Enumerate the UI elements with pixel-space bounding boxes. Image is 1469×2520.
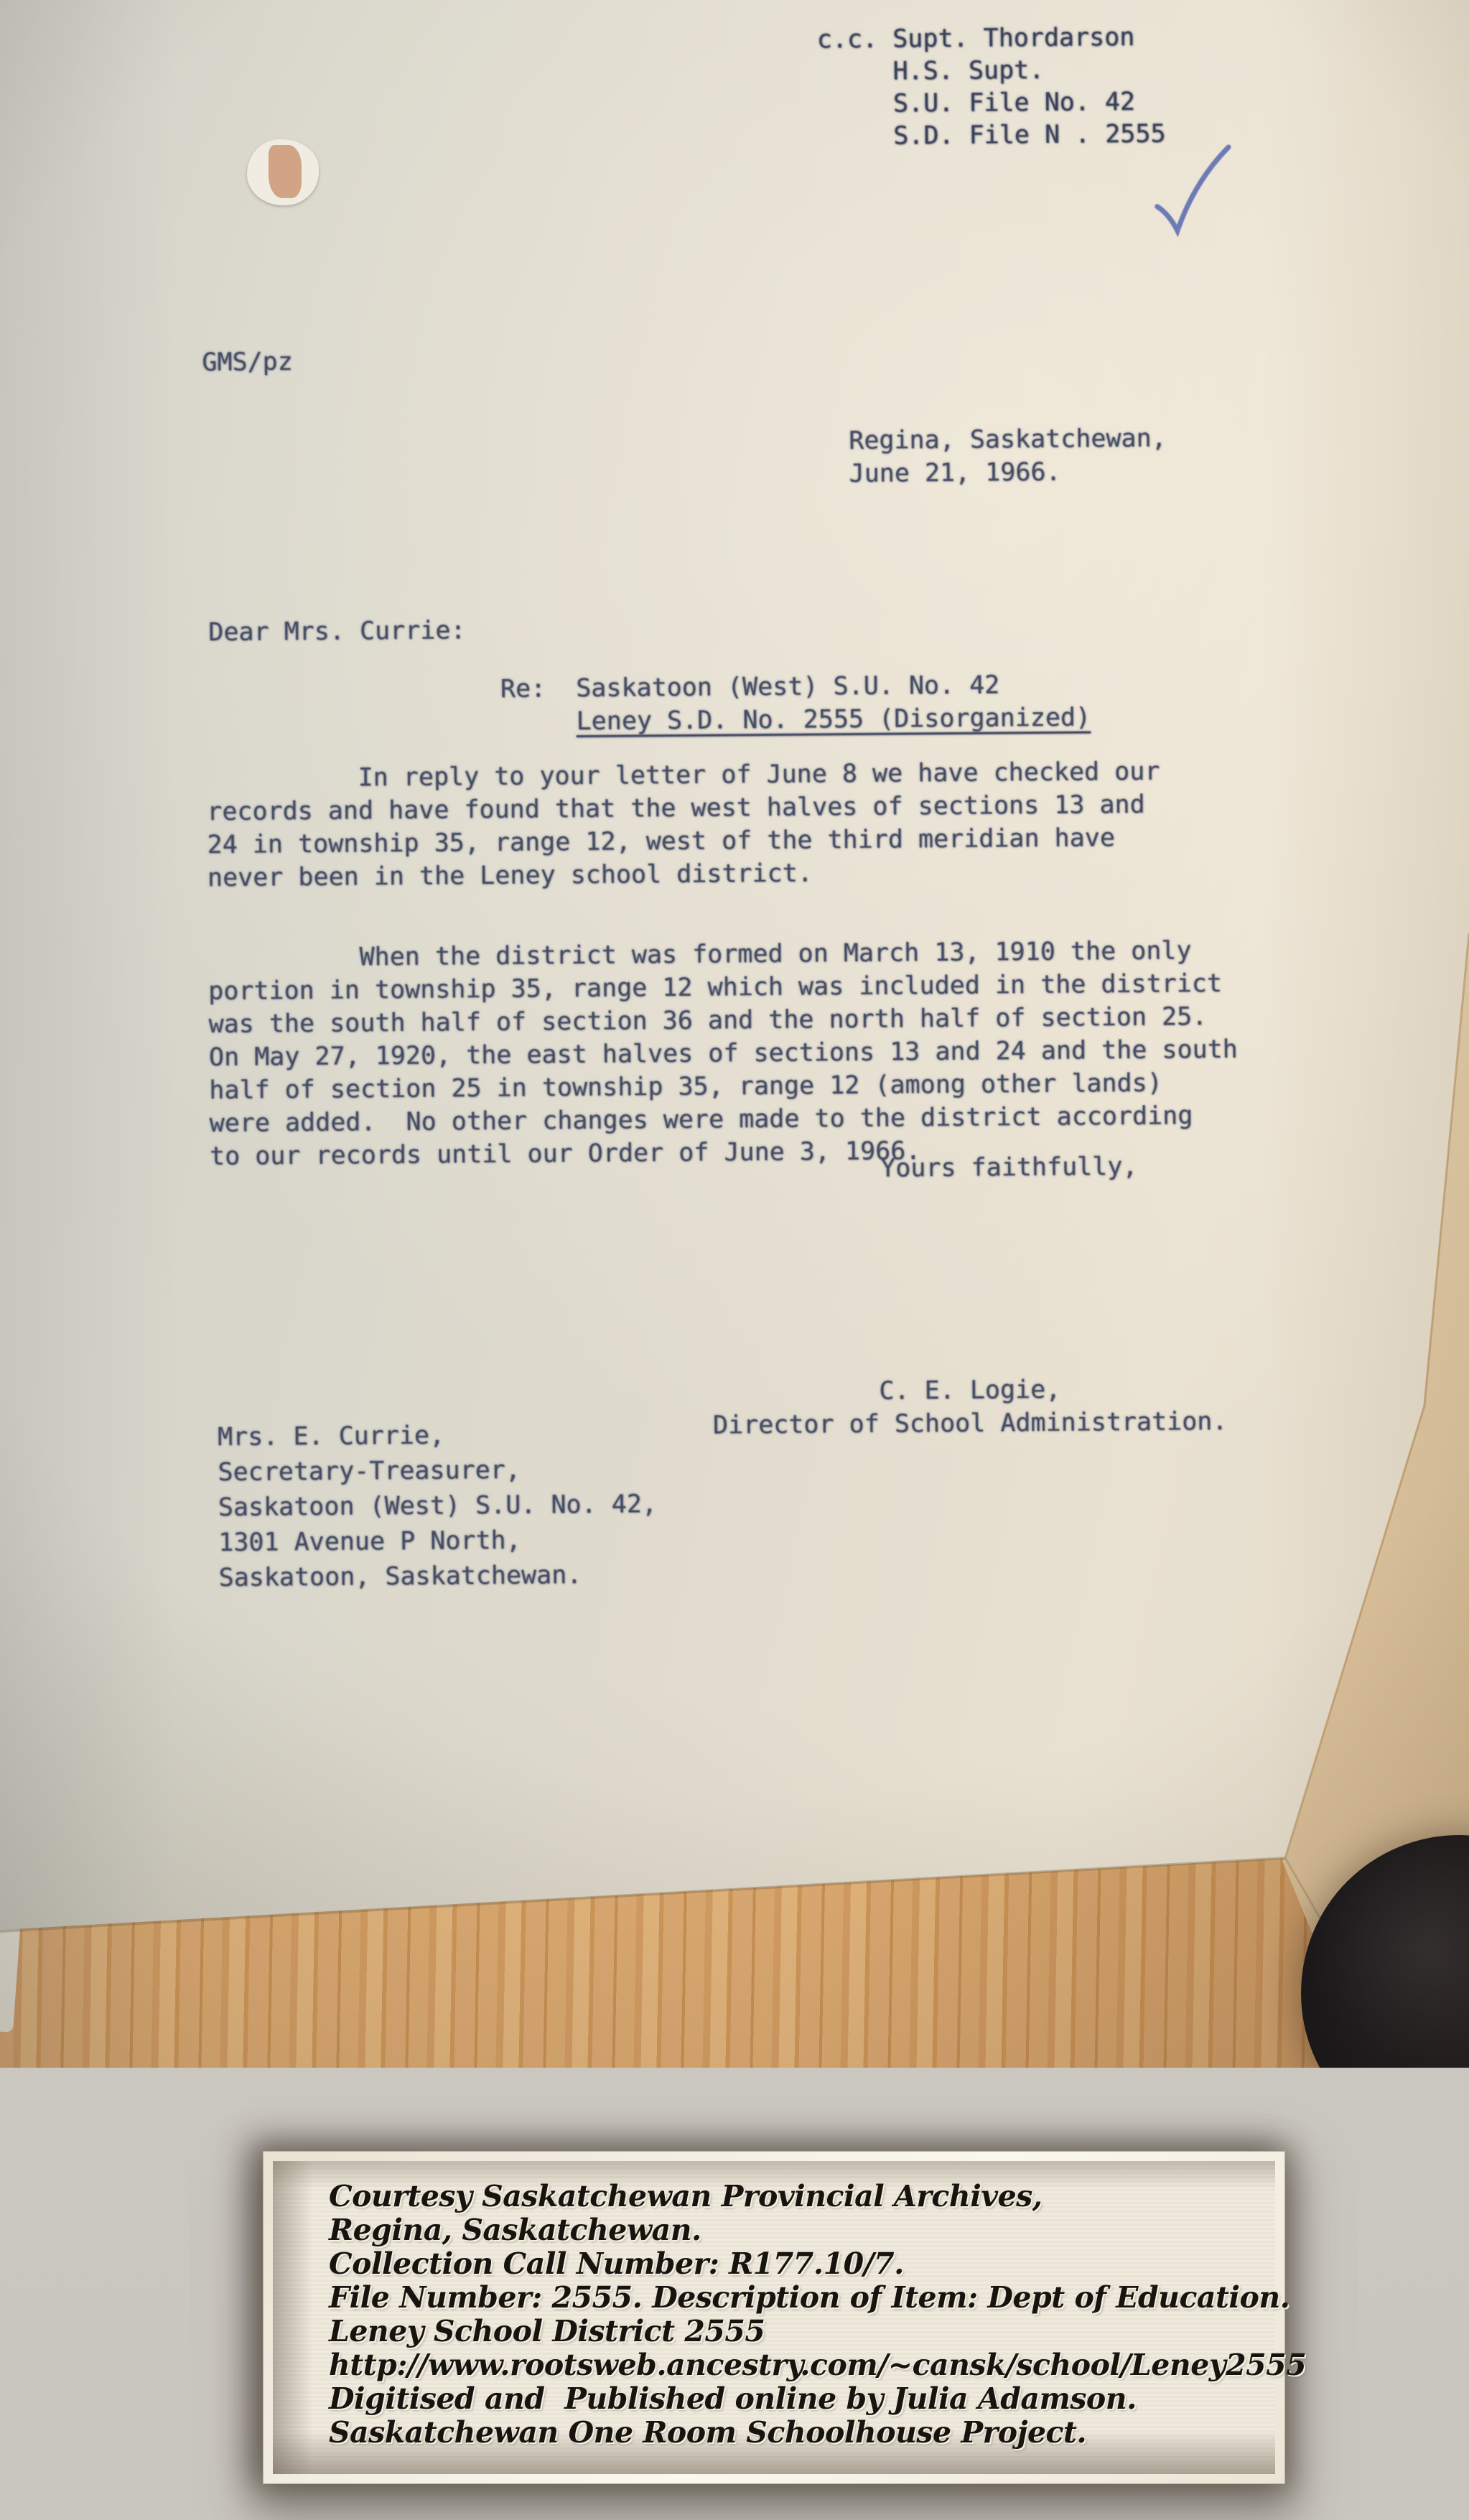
photo-of-letter: c.c. Supt. Thordarson H.S. Supt. S.U. Fi… [0,0,1469,2068]
subject-block: Re: Saskatoon (West) S.U. No. 42 Leney S… [500,668,1091,738]
salutation-text: Dear Mrs. Currie: [208,614,466,649]
subject-underlined-text: Leney S.D. No. 2555 (Disorganized) [576,703,1091,736]
cc-line: S.U. File No. 42 [817,86,1165,121]
cc-line: S.D. File N . 2555 [818,118,1166,154]
credit-url: http://www.rootsweb.ancestry.com/~cansk/… [329,2348,1258,2382]
credit-line: Digitised and Published online by Julia … [329,2382,1258,2416]
cc-line: H.S. Supt. [817,54,1165,89]
dateline-city: Regina, Saskatchewan, [849,422,1167,457]
subject-line-2: Leney S.D. No. 2555 (Disorganized) [500,701,1091,738]
recipient-line: Mrs. E. Currie, [218,1417,656,1455]
cc-block: c.c. Supt. Thordarson H.S. Supt. S.U. Fi… [817,22,1166,154]
credit-line: Collection Call Number: R177.10/7. [329,2247,1258,2281]
cc-line: c.c. Supt. Thordarson [817,22,1165,57]
body-paragraph-2: When the district was formed on March 13… [208,934,1239,1173]
typewritten-text-layer: c.c. Supt. Thordarson H.S. Supt. S.U. Fi… [0,0,1469,2068]
typist-initials-text: GMS/pz [202,345,293,379]
recipient-line: Saskatoon, Saskatchewan. [218,1557,657,1596]
body-line: never been in the Leney school district. [207,854,1161,895]
credit-line: Courtesy Saskatchewan Provincial Archive… [329,2180,1258,2213]
body-paragraph-1: In reply to your letter of June 8 we hav… [207,755,1161,895]
credit-line: Leney School District 2555 [329,2315,1258,2348]
signature-block: C. E. Logie, Director of School Administ… [712,1372,1227,1442]
credit-line: Regina, Saskatchewan. [329,2213,1258,2247]
closing: Yours faithfully, [880,1150,1138,1185]
credit-caption-panel: Courtesy Saskatchewan Provincial Archive… [273,2161,1275,2474]
subject-indent [500,707,577,737]
dateline-date: June 21, 1966. [849,455,1167,490]
recipient-block: Mrs. E. Currie, Secretary-Treasurer, Sas… [218,1417,658,1596]
credit-line: Saskatchewan One Room Schoolhouse Projec… [329,2416,1258,2450]
salutation: Dear Mrs. Currie: [208,614,466,649]
signature-title: Director of School Administration. [713,1405,1228,1442]
typist-initials: GMS/pz [202,345,293,379]
closing-text: Yours faithfully, [880,1150,1138,1185]
credit-line: File Number: 2555. Description of Item: … [329,2281,1258,2315]
subject-line-1: Re: Saskatoon (West) S.U. No. 42 [500,668,1091,705]
screenshot-root: c.c. Supt. Thordarson H.S. Supt. S.U. Fi… [0,0,1469,2520]
signature-name: C. E. Logie, [712,1372,1227,1409]
credit-caption-box: Courtesy Saskatchewan Provincial Archive… [263,2151,1285,2484]
checkmark-icon [1149,141,1236,243]
dateline: Regina, Saskatchewan, June 21, 1966. [849,422,1167,490]
recipient-line: Saskatoon (West) S.U. No. 42, [218,1487,657,1526]
recipient-line: Secretary-Treasurer, [218,1452,656,1490]
recipient-line: 1301 Avenue P North, [218,1522,657,1561]
